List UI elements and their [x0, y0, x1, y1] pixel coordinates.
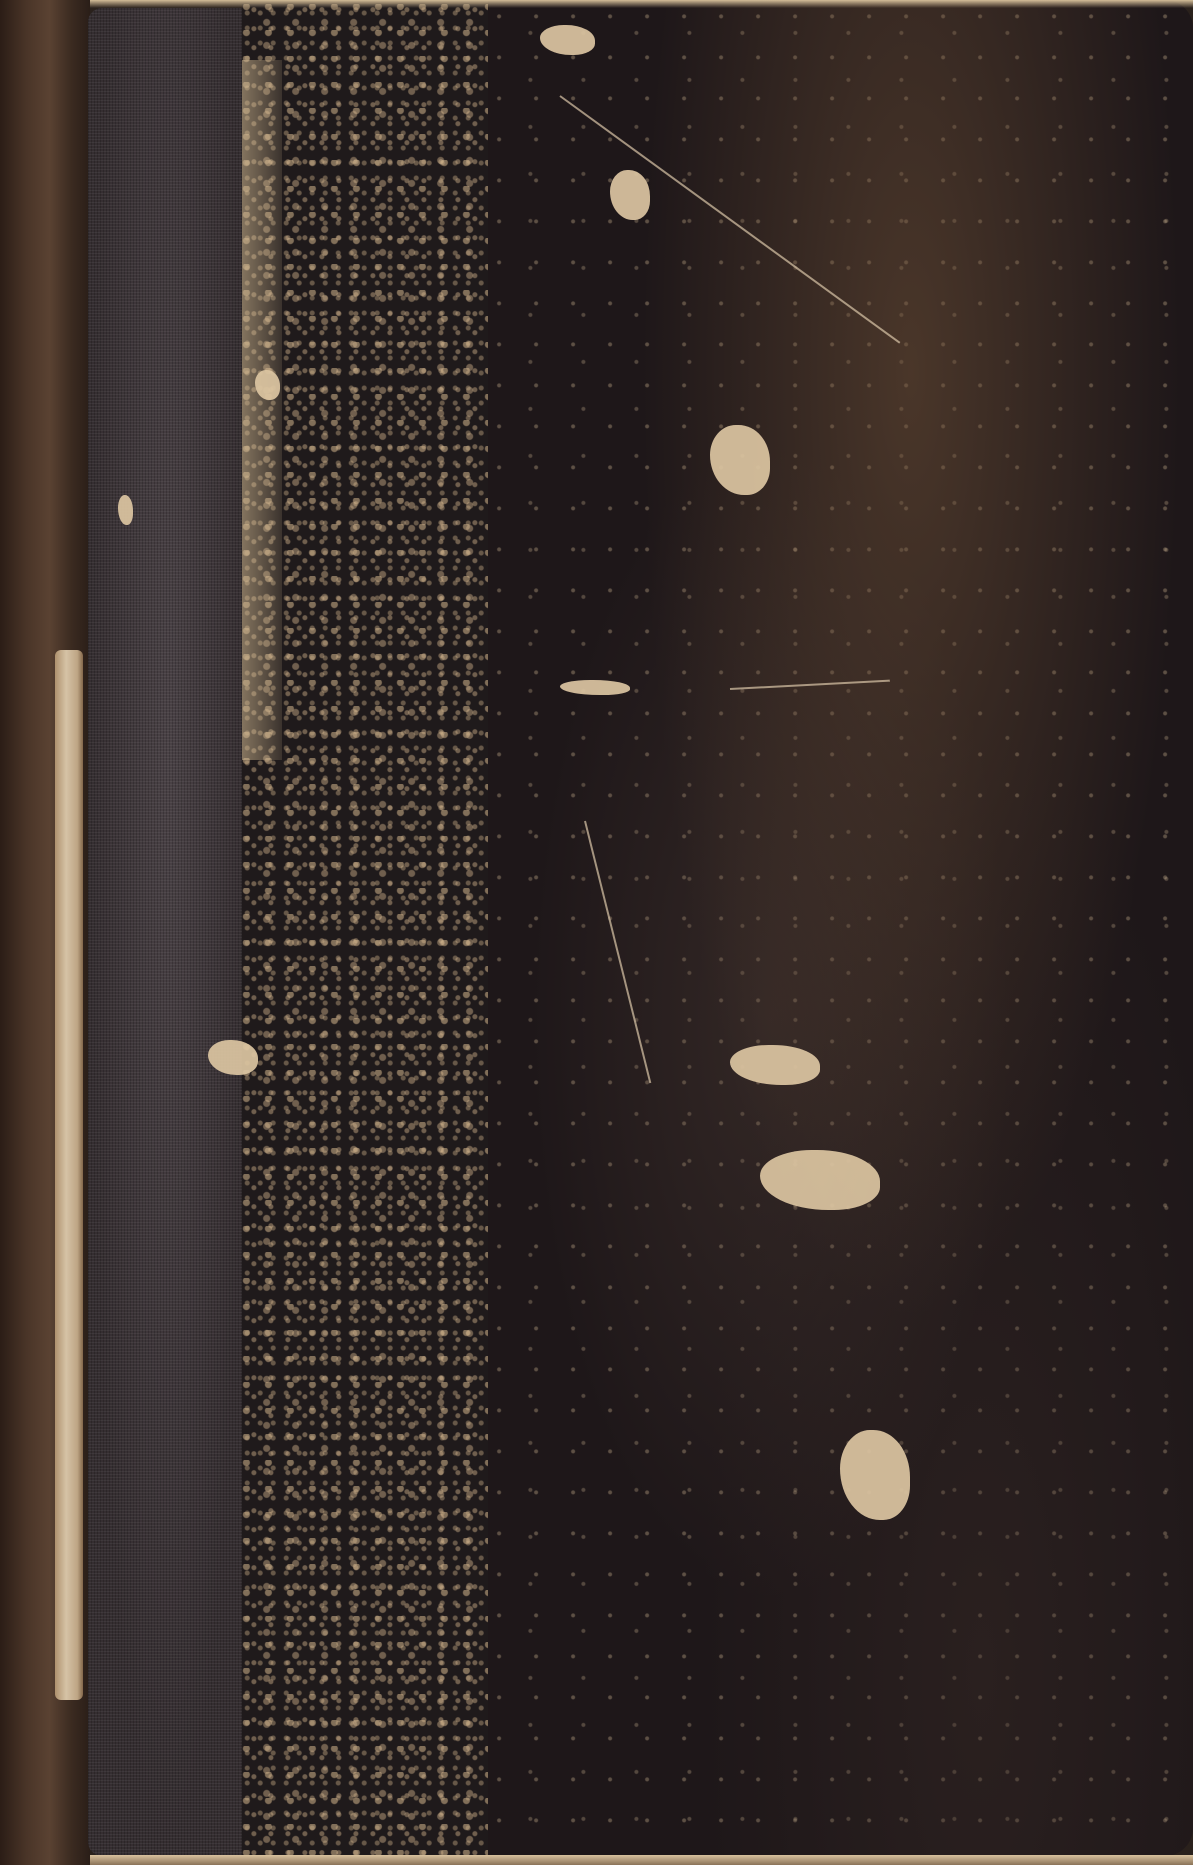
cloth-spine	[88, 8, 248, 1856]
worn-lightband	[242, 60, 282, 760]
bottom-edge	[90, 1855, 1193, 1865]
exposed-page-edge	[55, 650, 83, 1700]
top-edge	[90, 0, 1193, 8]
wear-patch	[255, 370, 280, 400]
wear-patch	[118, 495, 133, 525]
cover-board	[488, 0, 1193, 1856]
book-cover-photo	[0, 0, 1193, 1865]
